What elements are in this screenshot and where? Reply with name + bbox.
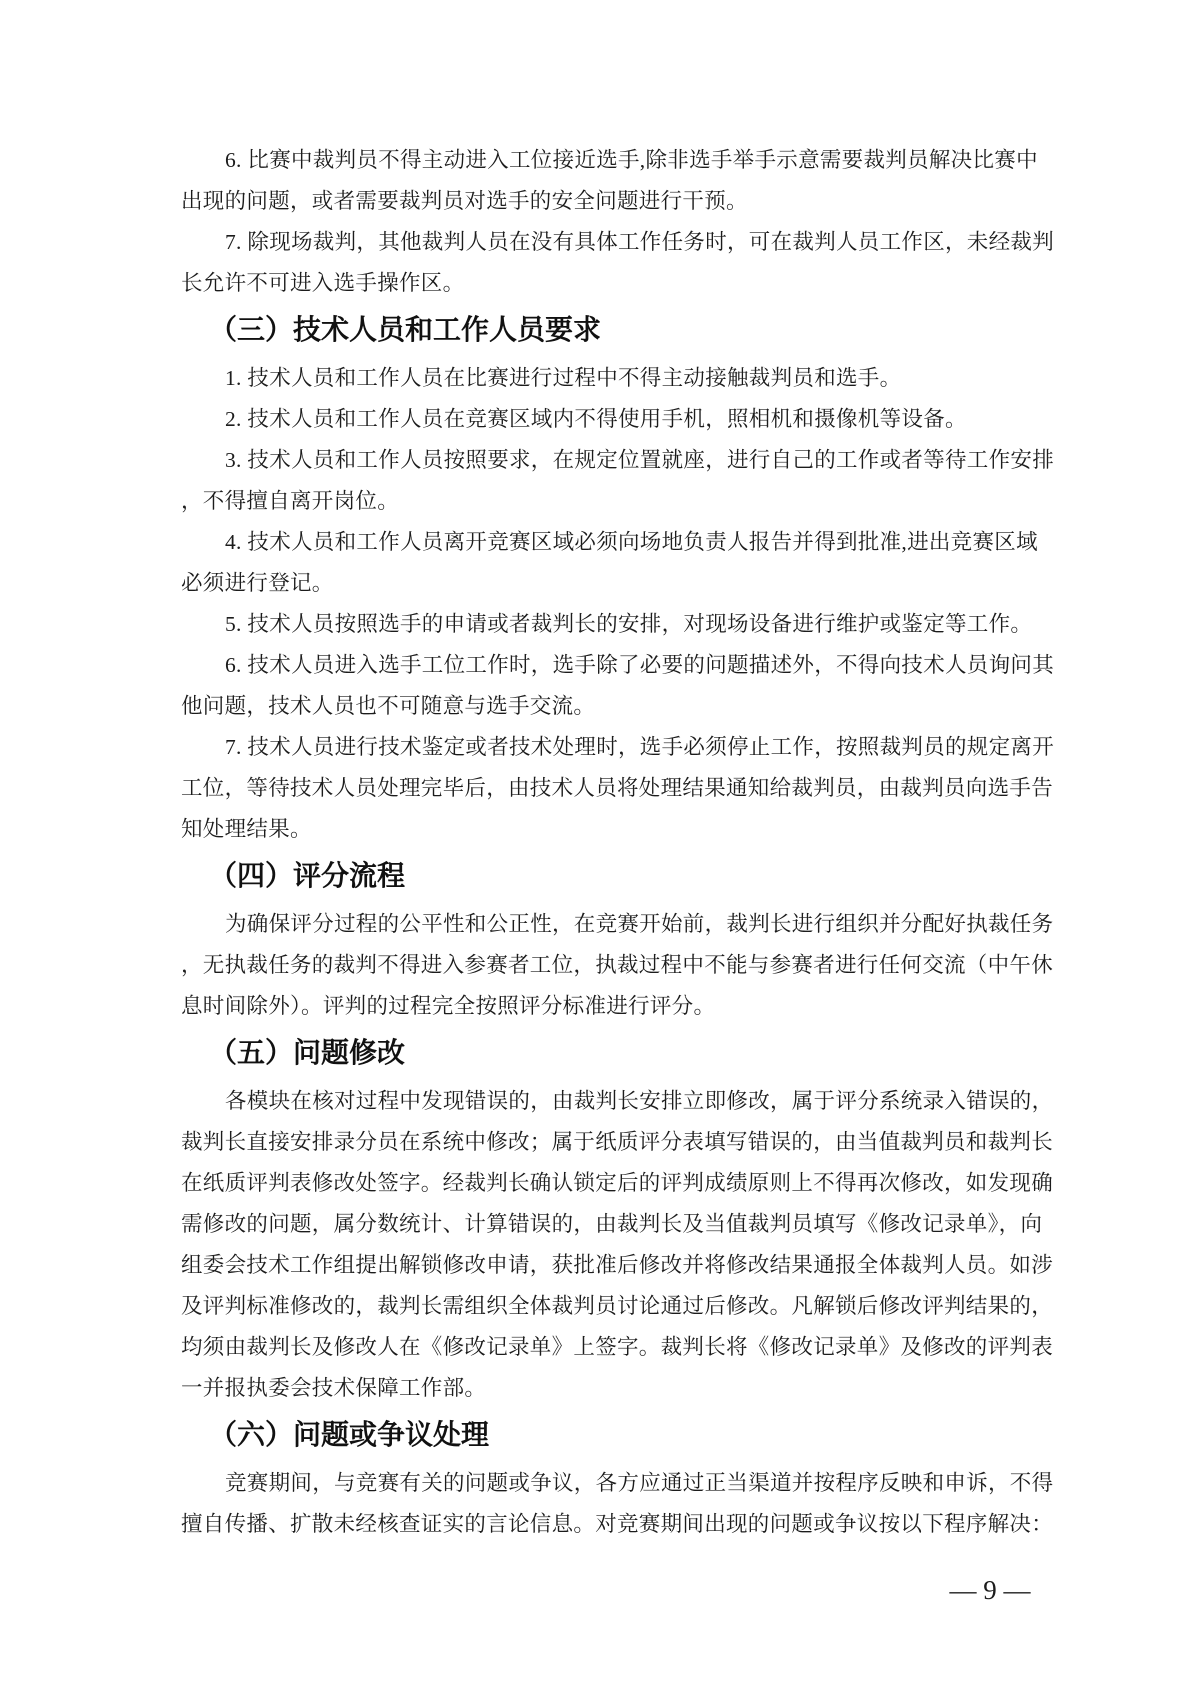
text-line: 组委会技术工作组提出解锁修改申请，获批准后修改并将修改结果通报全体裁判人员。如涉 (181, 1245, 1071, 1286)
document-body: 6. 比赛中裁判员不得主动进入工位接近选手,除非选手举手示意需要裁判员解决比赛中… (181, 140, 1071, 1545)
text-line: 5. 技术人员按照选手的申请或者裁判长的安排，对现场设备进行维护或鉴定等工作。 (181, 604, 1071, 645)
text-line: ，不得擅自离开岗位。 (181, 481, 1071, 522)
text-line: 3. 技术人员和工作人员按照要求，在规定位置就座，进行自己的工作或者等待工作安排 (181, 440, 1071, 481)
text-line: 在纸质评判表修改处签字。经裁判长确认锁定后的评判成绩原则上不得再次修改，如发现确 (181, 1163, 1071, 1204)
text-line: 裁判长直接安排录分员在系统中修改；属于纸质评分表填写错误的，由当值裁判员和裁判长 (181, 1122, 1071, 1163)
text-line: 均须由裁判长及修改人在《修改记录单》上签字。裁判长将《修改记录单》及修改的评判表 (181, 1327, 1071, 1368)
paragraph: 7. 除现场裁判，其他裁判人员在没有具体工作任务时，可在裁判人员工作区，未经裁判… (181, 222, 1071, 304)
page-number: — 9 — (925, 1571, 1055, 1609)
text-line: 7. 技术人员进行技术鉴定或者技术处理时，选手必须停止工作，按照裁判员的规定离开 (181, 727, 1071, 768)
section-heading-text: （六）问题或争议处理 (209, 1412, 1071, 1458)
document-page: 6. 比赛中裁判员不得主动进入工位接近选手,除非选手举手示意需要裁判员解决比赛中… (0, 0, 1199, 1696)
text-line: 工位，等待技术人员处理完毕后，由技术人员将处理结果通知给裁判员，由裁判员向选手告 (181, 768, 1071, 809)
text-line: 他问题，技术人员也不可随意与选手交流。 (181, 686, 1071, 727)
paragraph: 各模块在核对过程中发现错误的，由裁判长安排立即修改，属于评分系统录入错误的，裁判… (181, 1081, 1071, 1409)
text-line: 一并报执委会技术保障工作部。 (181, 1368, 1071, 1409)
text-line: 必须进行登记。 (181, 563, 1071, 604)
text-line: 知处理结果。 (181, 809, 1071, 850)
text-line: ，无执裁任务的裁判不得进入参赛者工位，执裁过程中不能与参赛者进行任何交流（中午休 (181, 945, 1071, 986)
section-heading: （三）技术人员和工作人员要求 (209, 307, 1071, 353)
paragraph: 6. 比赛中裁判员不得主动进入工位接近选手,除非选手举手示意需要裁判员解决比赛中… (181, 140, 1071, 222)
section-heading: （四）评分流程 (209, 853, 1071, 899)
text-line: 6. 技术人员进入选手工位工作时，选手除了必要的问题描述外，不得向技术人员询问其 (181, 645, 1071, 686)
section-heading-text: （三）技术人员和工作人员要求 (209, 307, 1071, 353)
paragraph: 4. 技术人员和工作人员离开竞赛区域必须向场地负责人报告并得到批准,进出竞赛区域… (181, 522, 1071, 604)
section-heading-text: （四）评分流程 (209, 853, 1071, 899)
text-line: 6. 比赛中裁判员不得主动进入工位接近选手,除非选手举手示意需要裁判员解决比赛中 (181, 140, 1071, 181)
paragraph: 2. 技术人员和工作人员在竞赛区域内不得使用手机，照相机和摄像机等设备。 (181, 399, 1071, 440)
paragraph: 5. 技术人员按照选手的申请或者裁判长的安排，对现场设备进行维护或鉴定等工作。 (181, 604, 1071, 645)
text-line: 4. 技术人员和工作人员离开竞赛区域必须向场地负责人报告并得到批准,进出竞赛区域 (181, 522, 1071, 563)
text-line: 长允许不可进入选手操作区。 (181, 263, 1071, 304)
paragraph: 6. 技术人员进入选手工位工作时，选手除了必要的问题描述外，不得向技术人员询问其… (181, 645, 1071, 727)
text-line: 2. 技术人员和工作人员在竞赛区域内不得使用手机，照相机和摄像机等设备。 (181, 399, 1071, 440)
text-line: 1. 技术人员和工作人员在比赛进行过程中不得主动接触裁判员和选手。 (181, 358, 1071, 399)
text-line: 竞赛期间，与竞赛有关的问题或争议，各方应通过正当渠道并按程序反映和申诉，不得 (181, 1463, 1071, 1504)
paragraph: 竞赛期间，与竞赛有关的问题或争议，各方应通过正当渠道并按程序反映和申诉，不得擅自… (181, 1463, 1071, 1545)
paragraph: 3. 技术人员和工作人员按照要求，在规定位置就座，进行自己的工作或者等待工作安排… (181, 440, 1071, 522)
paragraph: 7. 技术人员进行技术鉴定或者技术处理时，选手必须停止工作，按照裁判员的规定离开… (181, 727, 1071, 850)
text-line: 需修改的问题，属分数统计、计算错误的，由裁判长及当值裁判员填写《修改记录单》，向 (181, 1204, 1071, 1245)
text-line: 为确保评分过程的公平性和公正性，在竞赛开始前，裁判长进行组织并分配好执裁任务 (181, 904, 1071, 945)
paragraph: 为确保评分过程的公平性和公正性，在竞赛开始前，裁判长进行组织并分配好执裁任务，无… (181, 904, 1071, 1027)
paragraph: 1. 技术人员和工作人员在比赛进行过程中不得主动接触裁判员和选手。 (181, 358, 1071, 399)
text-line: 擅自传播、扩散未经核查证实的言论信息。对竞赛期间出现的问题或争议按以下程序解决： (181, 1504, 1071, 1545)
section-heading: （六）问题或争议处理 (209, 1412, 1071, 1458)
text-line: 及评判标准修改的，裁判长需组织全体裁判员讨论通过后修改。凡解锁后修改评判结果的， (181, 1286, 1071, 1327)
section-heading: （五）问题修改 (209, 1030, 1071, 1076)
text-line: 出现的问题，或者需要裁判员对选手的安全问题进行干预。 (181, 181, 1071, 222)
text-line: 各模块在核对过程中发现错误的，由裁判长安排立即修改，属于评分系统录入错误的， (181, 1081, 1071, 1122)
section-heading-text: （五）问题修改 (209, 1030, 1071, 1076)
text-line: 7. 除现场裁判，其他裁判人员在没有具体工作任务时，可在裁判人员工作区，未经裁判 (181, 222, 1071, 263)
text-line: 息时间除外）。评判的过程完全按照评分标准进行评分。 (181, 986, 1071, 1027)
